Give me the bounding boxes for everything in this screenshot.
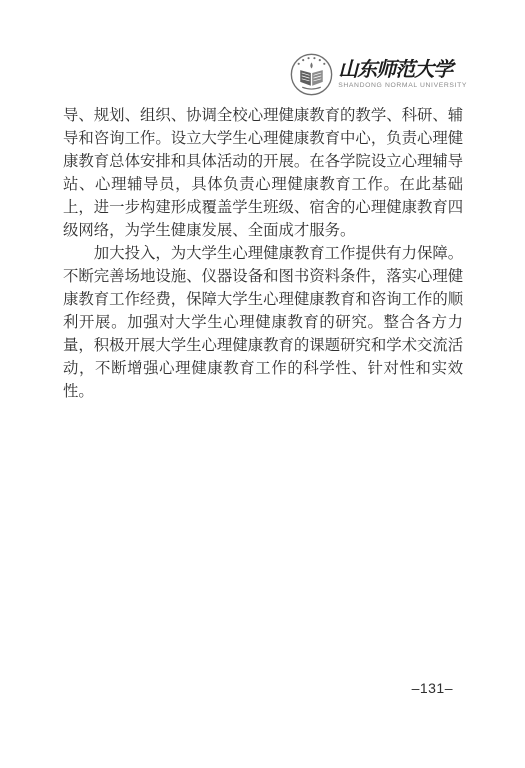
university-name-block: 山东师范大学 SHANDONG NORMAL UNIVERSITY [338, 59, 467, 90]
text-line: 加大投入，为大学生心理健康教育工作提供有力保障。 [63, 242, 463, 265]
text-line: 利开展。加强对大学生心理健康教育的研究。整合各方力 [63, 311, 463, 334]
text-line: 康教育工作经费，保障大学生心理健康教育和咨询工作的顺 [63, 288, 463, 311]
text-line: 性。 [63, 380, 463, 403]
text-line: 级网络，为学生健康发展、全面成才服务。 [63, 219, 463, 242]
document-page: 山东师范大学 SHANDONG NORMAL UNIVERSITY 导、规划、组… [0, 0, 525, 768]
text-line: 量，积极开展大学生心理健康教育的课题研究和学术交流活 [63, 334, 463, 357]
university-name-en: SHANDONG NORMAL UNIVERSITY [338, 82, 467, 90]
text-line: 导和咨询工作。设立大学生心理健康教育中心，负责心理健 [63, 127, 463, 150]
text-line: 导、规划、组织、协调全校心理健康教育的教学、科研、辅 [63, 104, 463, 127]
text-line: 不断完善场地设施、仪器设备和图书资料条件，落实心理健 [63, 265, 463, 288]
document-body: 导、规划、组织、协调全校心理健康教育的教学、科研、辅导和咨询工作。设立大学生心理… [63, 104, 463, 403]
university-emblem-icon [290, 53, 333, 96]
page-number: –131– [412, 680, 453, 696]
text-line: 站、心理辅导员，具体负责心理健康教育工作。在此基础 [63, 173, 463, 196]
text-line: 上，进一步构建形成覆盖学生班级、宿舍的心理健康教育四 [63, 196, 463, 219]
university-logo: 山东师范大学 SHANDONG NORMAL UNIVERSITY [290, 53, 467, 96]
university-name-zh: 山东师范大学 [338, 59, 452, 81]
text-line: 动，不断增强心理健康教育工作的科学性、针对性和实效 [63, 357, 463, 380]
text-line: 康教育总体安排和具体活动的开展。在各学院设立心理辅导 [63, 150, 463, 173]
